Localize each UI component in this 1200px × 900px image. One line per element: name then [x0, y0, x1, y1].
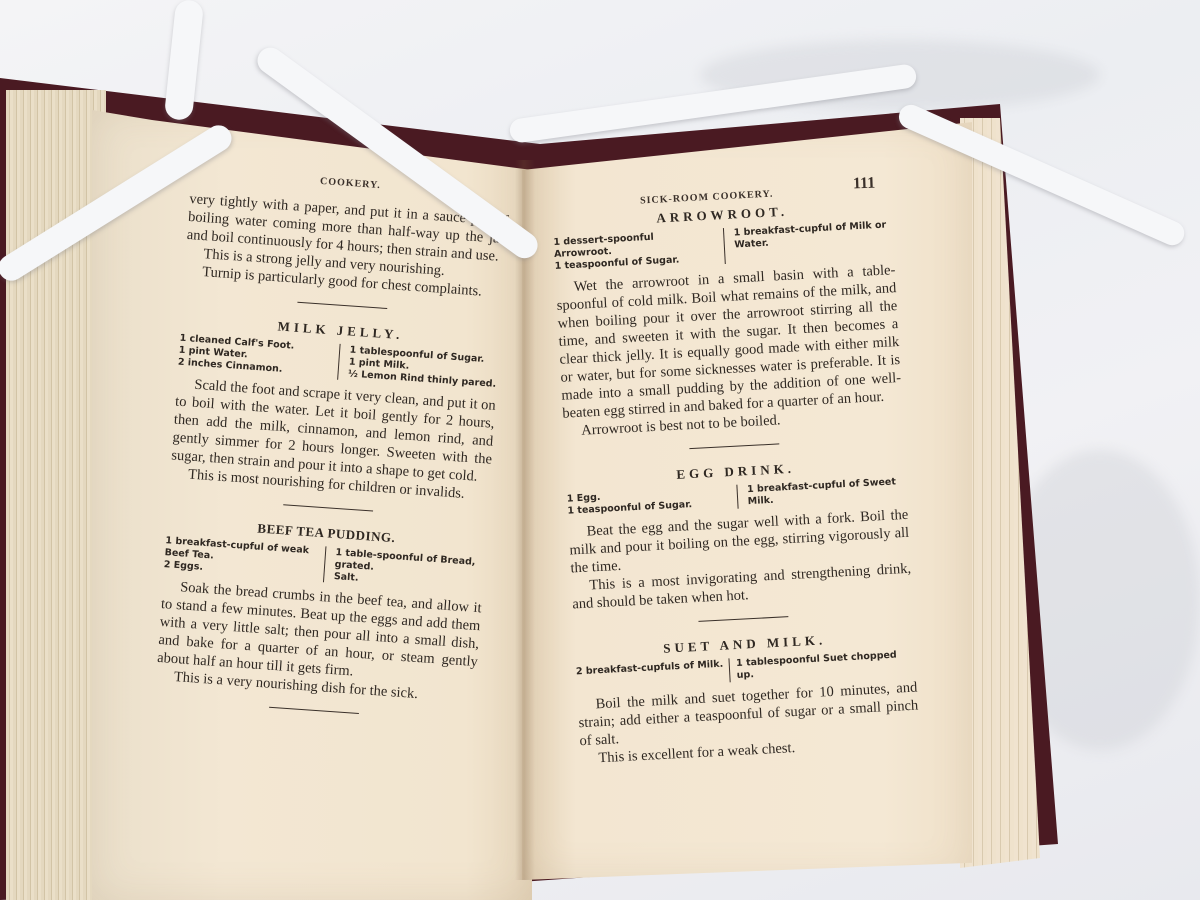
- ingredient-divider: [337, 344, 341, 380]
- ingredient: 1 tablespoonful Suet chopped up.: [736, 649, 917, 682]
- section-rule: [689, 443, 779, 449]
- ingredient-divider: [736, 485, 738, 509]
- section-rule: [297, 302, 387, 309]
- book-gutter: [515, 160, 535, 880]
- ingredient-divider: [729, 658, 731, 682]
- section-rule: [698, 616, 788, 622]
- right-page-text: ARROWROOT. 1 dessert-spoonful Arrowroot.…: [552, 197, 921, 768]
- ingredient-divider: [322, 546, 326, 582]
- left-page-text: very tightly with a paper, and put it in…: [153, 190, 509, 738]
- recipe-paragraph: Wet the arrowroot in a small basin with …: [555, 261, 902, 423]
- ingredient: 2 breakfast-cupfuls of Milk.: [576, 659, 724, 679]
- right-page-number: 111: [853, 175, 876, 194]
- section-rule: [283, 504, 373, 511]
- section-rule: [269, 707, 359, 714]
- ingredient: 1 breakfast-cupful of Milk or Water.: [733, 219, 894, 251]
- ingredient-divider: [722, 228, 725, 264]
- ingredient: 1 breakfast-cupful of Sweet Milk.: [747, 476, 908, 508]
